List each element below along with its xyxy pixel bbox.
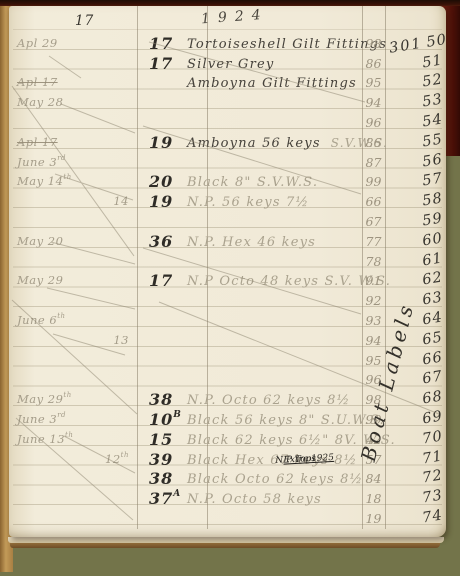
entry-date: May 14th xyxy=(17,173,129,188)
ledger-row: 7861 xyxy=(9,248,446,268)
ledger-row: 37AN.P. Octo 58 keys1873 xyxy=(9,485,446,505)
entry-date: June 6th xyxy=(17,312,129,327)
pencil-number: 78 xyxy=(362,254,385,269)
folio-number: 74 xyxy=(388,506,451,531)
date-ordinal: th xyxy=(57,312,65,320)
ledger-page: 17 1924 Apl 2917Tortoiseshell Gilt Fitti… xyxy=(9,6,446,537)
date-ordinal: th xyxy=(63,173,71,181)
quantity-suffix: B xyxy=(173,410,182,420)
pencil-number: 94 xyxy=(362,333,385,348)
ledger-row: 9654 xyxy=(9,109,446,129)
pencil-number: 94 xyxy=(362,95,385,110)
pencil-number: 96 xyxy=(362,115,385,130)
entry-date: May 20 xyxy=(17,234,129,248)
ledger-row: Apl 1719Amboyna 56 keysS.V.W.S.8655 xyxy=(9,129,446,149)
entry-date: Apl 29 xyxy=(17,36,129,50)
entry-date: May 29 xyxy=(17,273,129,287)
pencil-number: 91 xyxy=(362,273,385,288)
ledger-row: June 3rd8756 xyxy=(9,149,446,169)
entry-date: 12th xyxy=(17,451,135,466)
entry-date: June 3rd xyxy=(17,411,129,426)
ledger-row: 139465 xyxy=(9,327,446,347)
ledger-row: Apl 2917Tortoiseshell Gilt Fittings98301… xyxy=(9,30,446,50)
ledger-row: Apl 17Amboyna Gilt Fittings9552 xyxy=(9,70,446,90)
book-bottom-edge xyxy=(10,543,440,548)
entry-date: June 3rd xyxy=(17,154,129,169)
ledger-row: May 14th20Black 8" S.V.W.S.9957 xyxy=(9,169,446,189)
pencil-number: 66 xyxy=(362,194,385,209)
ledger-row: 6759 xyxy=(9,208,446,228)
entry-date: Apl 17 xyxy=(17,135,129,149)
ledger-row: 17Silver Grey8651 xyxy=(9,50,446,70)
ledger-row: May 289453 xyxy=(9,89,446,109)
entry-date: June 13th xyxy=(17,431,129,446)
pencil-number: 98 xyxy=(362,36,385,51)
date-ordinal: th xyxy=(65,431,73,439)
pencil-number: 93 xyxy=(362,313,385,328)
ledger-row: 1974 xyxy=(9,505,446,525)
date-ordinal: rd xyxy=(57,411,66,419)
ledger-row: May 2917N.P Octo 48 keys S.V. W.S.9162 xyxy=(9,268,446,288)
pencil-number: 18 xyxy=(362,491,385,506)
ledger-row: 1419N.P. 56 keys 7½6658 xyxy=(9,188,446,208)
pencil-number: 77 xyxy=(362,234,385,249)
pencil-number: 99 xyxy=(362,174,385,189)
quantity-suffix: A xyxy=(173,489,181,499)
ledger-photo: 17 1924 Apl 2917Tortoiseshell Gilt Fitti… xyxy=(0,0,460,576)
pencil-number: 19 xyxy=(362,511,385,526)
pencil-number: 84 xyxy=(362,471,385,486)
ledger-row: 9263 xyxy=(9,287,446,307)
entry-date: May 28 xyxy=(17,95,129,109)
entry-date: 13 xyxy=(17,333,135,347)
pencil-number: 86 xyxy=(362,135,385,150)
pencil-number: 95 xyxy=(362,75,385,90)
date-ordinal: rd xyxy=(57,154,66,162)
pencil-number: 87 xyxy=(362,155,385,170)
pencil-number: 92 xyxy=(362,293,385,308)
date-ordinal: th xyxy=(63,391,71,399)
entry-date: Apl 17 xyxy=(17,75,129,89)
entry-date: 14 xyxy=(17,194,135,208)
ledger-row: May 2036N.P. Hex 46 keys7760 xyxy=(9,228,446,248)
ledger-row: 38Black Octo 62 keys 8½8472 xyxy=(9,466,446,486)
ledger-row: June 6th9364 xyxy=(9,307,446,327)
pencil-number: 86 xyxy=(362,56,385,71)
pencil-number: 67 xyxy=(362,214,385,229)
entry-date: May 29th xyxy=(17,391,129,406)
date-ordinal: th xyxy=(121,451,129,459)
